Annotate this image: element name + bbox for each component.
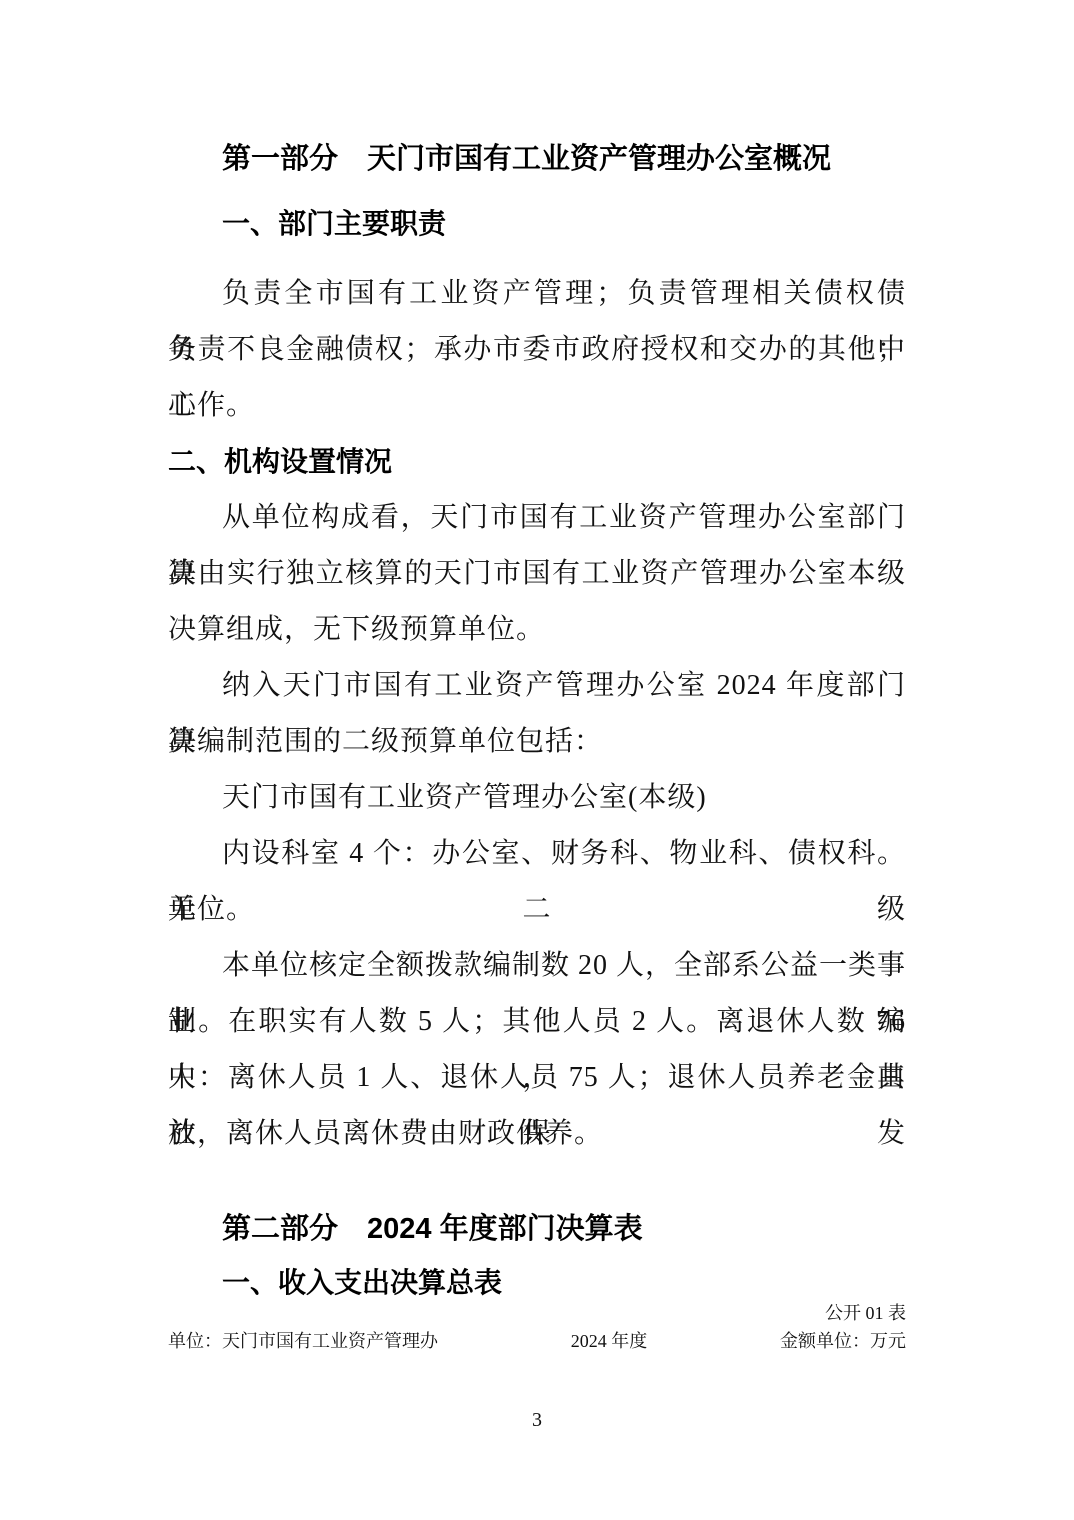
section-heading-income-expense-table: 一、收入支出决算总表	[168, 1266, 906, 1300]
body-line: 从单位构成看，天门市国有工业资产管理办公室部门决	[168, 490, 906, 546]
body-text: 负责全市国有工业资产管理；负责管理相关债权债务； 负责不良金融债权；承办市委市政…	[168, 266, 906, 1162]
body-line: 纳入天门市国有工业资产管理办公室 2024 年度部门决	[168, 658, 906, 714]
body-line: 决算组成，无下级预算单位。	[168, 602, 906, 658]
body-line: 内设科室 4 个：办公室、财务科、物业科、债权科。无二级	[168, 826, 906, 882]
table-meta-amount-unit: 金额单位：万元	[780, 1329, 906, 1353]
table-meta-row: 单位：天门市国有工业资产管理办 2024 年度 金额单位：万元	[168, 1329, 906, 1353]
body-line: 工作。	[168, 378, 906, 434]
body-line: 负责全市国有工业资产管理；负责管理相关债权债务；	[168, 266, 906, 322]
body-line: 算由实行独立核算的天门市国有工业资产管理办公室本级	[168, 546, 906, 602]
table-meta-year: 2024 年度	[571, 1329, 648, 1353]
section-heading-organization: 二、机构设置情况	[168, 434, 906, 490]
body-line: 中：离休人员 1 人、退休人员 75 人；退休人员养老金由社保发	[168, 1050, 906, 1106]
body-line: 负责不良金融债权；承办市委市政府授权和交办的其他中心	[168, 322, 906, 378]
body-line: 制。在职实有人数 5 人；其他人员 2 人。离退休人数 76 人，其	[168, 994, 906, 1050]
part1-title: 第一部分 天门市国有工业资产管理办公室概况	[168, 141, 906, 177]
body-line: 本单位核定全额拨款编制数 20 人，全部系公益一类事业编	[168, 938, 906, 994]
table-public-label: 公开 01 表	[168, 1301, 906, 1325]
section-heading-duties: 一、部门主要职责	[168, 207, 906, 241]
page-number: 3	[0, 1408, 1074, 1432]
body-line: 天门市国有工业资产管理办公室(本级)	[168, 770, 906, 826]
document-page: 第一部分 天门市国有工业资产管理办公室概况 一、部门主要职责 负责全市国有工业资…	[0, 0, 1074, 1520]
table-meta-unit: 单位：天门市国有工业资产管理办	[168, 1329, 438, 1353]
part2-title: 第二部分 2024 年度部门决算表	[168, 1211, 906, 1247]
body-line: 算编制范围的二级预算单位包括：	[168, 714, 906, 770]
